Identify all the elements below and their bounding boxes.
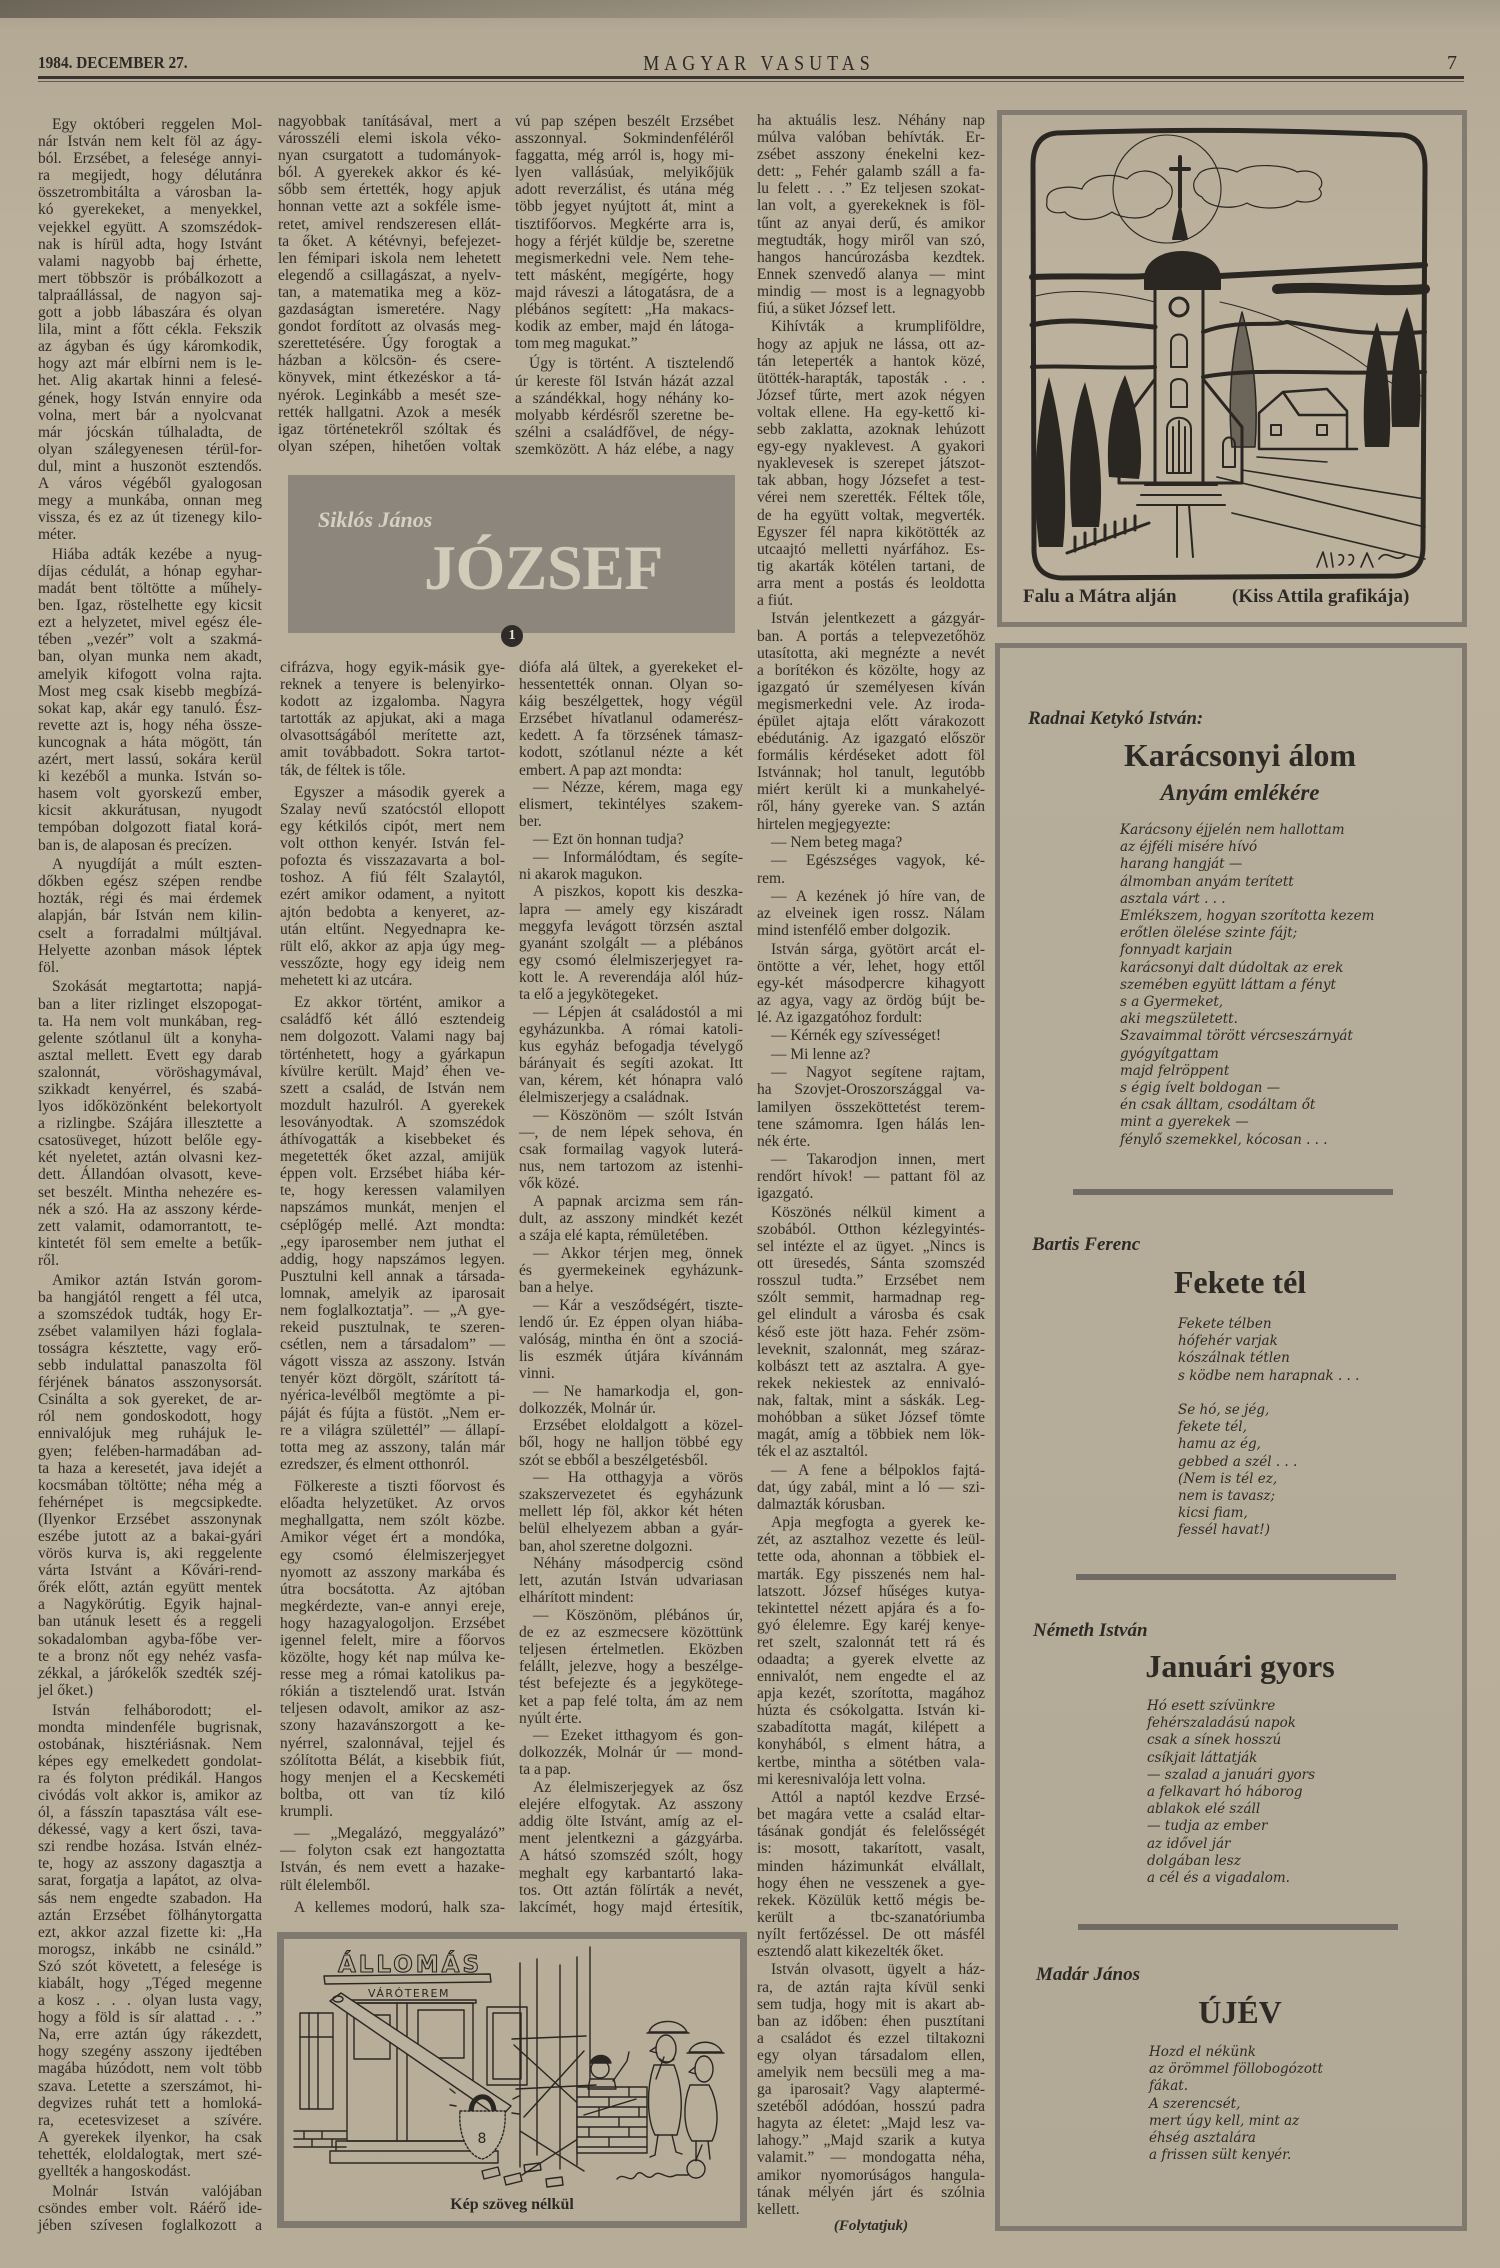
text-line: lila, mint a főtt cékla. Fekszik bbox=[38, 321, 262, 338]
text-line: gelente szótlanul ült a konyha- bbox=[38, 1030, 262, 1047]
text-line: hogy hazagyalogoljon. Erzsébet bbox=[280, 1615, 505, 1632]
text-line: szalonnát, vöröshagymával, bbox=[38, 1064, 262, 1081]
text-line: hessentették onnan. Olyan so- bbox=[519, 676, 743, 693]
text-line: ban a liter rizlinget elszopogat- bbox=[38, 996, 262, 1013]
text-line: lomnak, amelyik az iparosait bbox=[280, 1285, 505, 1302]
text-line: késő este jött haza. Fehér zsöm- bbox=[757, 1324, 985, 1341]
text-line: ket a pap felé tolta, ám az nem bbox=[519, 1693, 743, 1710]
text-line: eszébe jutott az a bakai-gyári bbox=[38, 1528, 262, 1545]
paragraph: Molnár István valójábancsöndes ember vol… bbox=[38, 2183, 262, 2234]
text-line: Egyszer fél napra kikötötték az bbox=[757, 524, 985, 541]
text-line: ta a pap. bbox=[519, 1761, 743, 1778]
poem-title: ÚJÉV bbox=[1040, 1993, 1440, 2031]
poem-line: gebbed a szél . . . bbox=[1178, 1454, 1359, 1471]
text-line: ezért amikor odament, a nyitott bbox=[280, 886, 505, 903]
text-line: megkérdezte, van-e annyi ereje, bbox=[280, 1598, 505, 1615]
text-line: ba hangjától rengett a fél utca, bbox=[38, 1289, 262, 1306]
text-line: Hiába adták kezébe a nyug- bbox=[38, 546, 262, 563]
text-line: leveknit, szalonnát, meg száraz- bbox=[757, 1341, 985, 1358]
text-line: — Nagyot segítene rajtam, bbox=[757, 1064, 985, 1081]
text-line: mehetett ki az utcára. bbox=[280, 972, 505, 989]
text-line: tisztifőorvos. Megkérte arra is, bbox=[515, 216, 734, 233]
text-line: ban is, de alaposan és precízen. bbox=[38, 837, 262, 854]
text-line: elismert, tekintélyes szakem- bbox=[519, 796, 743, 813]
text-line: lendő úr. Ez éppen olyan hiába- bbox=[519, 1314, 743, 1331]
text-line: vissza, és ez az út tizenegy kilo- bbox=[38, 509, 262, 526]
text-line: esztendő alatt kikezelték őket. bbox=[757, 1943, 985, 1960]
text-line: húzta és csókolgatta. István ki- bbox=[757, 1702, 985, 1719]
poem-text: Fekete télbenhófehér varjakkószálnak tét… bbox=[1178, 1316, 1359, 1540]
text-line: civódás volt akkor is, amikor az bbox=[38, 1787, 262, 1804]
text-line: tében „vezér” volt a szakmá- bbox=[38, 631, 262, 648]
text-line: gyanánt szolgált — a plébános bbox=[519, 935, 743, 952]
text-line: nem dolgozott. Valami nagy baj bbox=[280, 1028, 505, 1045]
text-line: dat, úgy zabál, mint a ló — szi- bbox=[757, 1479, 985, 1496]
text-line: ték el az asztaltól. bbox=[757, 1443, 985, 1460]
text-line: rókián a tisztelendő urat. István bbox=[280, 1683, 505, 1700]
text-line: — Kár a vesződségért, tiszte- bbox=[519, 1297, 743, 1314]
text-line: fiú, a süket József lett. bbox=[757, 300, 985, 317]
text-line: szólt semmit, harmadnap reg- bbox=[757, 1289, 985, 1306]
poem-line: fessél havat!) bbox=[1178, 1522, 1359, 1539]
text-line: ment jelentkezni a gázgyárba. bbox=[519, 1830, 743, 1847]
text-line: ha aktuális lesz. Néhány nap bbox=[757, 112, 985, 129]
text-line: Szokását megtartotta; napjá- bbox=[38, 978, 262, 995]
text-line: nár István nem kelt föl az ágy- bbox=[38, 133, 262, 150]
text-line: ha Szovjet-Oroszországgal va- bbox=[757, 1081, 985, 1098]
poem-line: az örömmel föllobogózott bbox=[1149, 2061, 1323, 2078]
text-line: közölte, hogy két nap múlva ke- bbox=[280, 1649, 505, 1666]
text-line: ban, olyan munka nem akadt, bbox=[38, 648, 262, 665]
text-line: addig, hogy napszámos legyen. bbox=[280, 1251, 505, 1268]
text-line: összetrombitálta a városban la- bbox=[38, 184, 262, 201]
text-line: gazdaságtan ismeretére. Nagy bbox=[278, 301, 501, 318]
paragraph: — Köszönöm, plébános úr,de ez az eszmecs… bbox=[519, 1607, 743, 1727]
paragraph: Szokását megtartotta; napjá-ban a liter … bbox=[38, 978, 262, 1269]
text-line: resse meg a római katolikus pa- bbox=[280, 1666, 505, 1683]
text-line: ta. Ha nem volt munkában, reg- bbox=[38, 1013, 262, 1030]
text-line: ta elő a jegykötegeket. bbox=[519, 986, 743, 1003]
text-line: tenyér közt dörgölt, szárított tá- bbox=[280, 1370, 505, 1387]
text-line: volna, mert bár a nyolcvanat bbox=[38, 407, 262, 424]
text-line: az ágyban és úgy káromkodik, bbox=[38, 338, 262, 355]
text-line: több jegyet nyújtott át, mint a bbox=[515, 198, 734, 215]
text-line: útra bocsátotta. Az ajtóban bbox=[280, 1581, 505, 1598]
text-line: nagyobbak tanításával, mert a bbox=[278, 113, 501, 130]
text-line: jében szívesen foglalkozott a bbox=[38, 2217, 262, 2234]
poem-title: Januári gyors bbox=[1040, 1647, 1440, 1685]
poem-line: mint a gyerekek — bbox=[1120, 1114, 1374, 1131]
poem-author: Radnai Ketykó István: bbox=[1028, 708, 1203, 730]
text-line: dult, az asszony mindkét kezét bbox=[519, 1210, 743, 1227]
text-line: kicsit akkurátusan, nyugodt bbox=[38, 802, 262, 819]
text-line: fehérnépet is megcsipkedte. bbox=[38, 1494, 262, 1511]
text-line: totta meg az asszony, talán már bbox=[280, 1439, 505, 1456]
text-line: tekintettel nézett apjára és a fo- bbox=[757, 1600, 985, 1617]
poem-line: hamu az ég, bbox=[1178, 1436, 1359, 1453]
text-line: szakszervezetet és egyházunk bbox=[519, 1486, 743, 1503]
text-line: meghallgatta, nem szólt közbe. bbox=[280, 1512, 505, 1529]
poem-author: Madár János bbox=[1036, 1964, 1140, 1986]
text-line: plébános segített: „Ha makacs- bbox=[515, 301, 734, 318]
text-line: Attól a naptól kezdve Erzsé- bbox=[757, 1789, 985, 1806]
text-line: ezt, akkor azzal fizette ki: „Ha bbox=[38, 1924, 262, 1941]
text-line: te a bronz nőt egy nehéz vasfa- bbox=[38, 1648, 262, 1665]
text-line: szabadította magát, kilépett a bbox=[757, 1719, 985, 1736]
text-line: gondot fordított az olvasás meg- bbox=[278, 318, 501, 335]
text-line: Fölkereste a tiszti főorvost és bbox=[280, 1478, 505, 1495]
poem-line: dolgában lesz bbox=[1147, 1853, 1315, 1870]
issue-date: 1984. DECEMBER 27. bbox=[38, 52, 188, 74]
poem-line: Hó esett szívünkre bbox=[1147, 1698, 1315, 1715]
text-line: revette azt is, hogy néha össze- bbox=[38, 717, 262, 734]
text-line: sebb zaklatta, azoknak lehúzott bbox=[757, 421, 985, 438]
text-line: kodott az izgalomba. Nagyra bbox=[280, 693, 505, 710]
text-line: éppen volt. Erzsébet hiába kér- bbox=[280, 1165, 505, 1182]
text-line: kott le. A reverendája alól húz- bbox=[519, 969, 743, 986]
text-line: is: mosott, takarított, vasalt, bbox=[757, 1840, 985, 1857]
text-line: jel őket.) bbox=[38, 1682, 262, 1699]
text-line: a szándékkal, hogy néhány ko- bbox=[515, 390, 734, 407]
text-line: len fémipari iskola nem lehetett bbox=[278, 250, 501, 267]
text-line: cselt a forradalmi múltjával. bbox=[38, 925, 262, 942]
text-line: Néhány másodpercig csönd bbox=[519, 1555, 743, 1572]
text-line: ból. A gyerekek akkor és ké- bbox=[278, 164, 501, 181]
text-line: gott a jobb lábaszára és olyan bbox=[38, 304, 262, 321]
paragraph: A piszkos, kopott kis deszka-lapra — ame… bbox=[519, 883, 743, 1003]
text-line: rosszul tudta.” Erzsébet nem bbox=[757, 1272, 985, 1289]
text-line: Szó szót követett, a felesége is bbox=[38, 1958, 262, 1975]
poem-line: a frissen sült kenyér. bbox=[1149, 2147, 1323, 2164]
text-line: dolkozzék, Molnár úr. bbox=[519, 1400, 743, 1417]
text-line: István jelentkezett a gázgyár- bbox=[757, 610, 985, 627]
text-line: lamilyen összeköttetést terem- bbox=[757, 1099, 985, 1116]
text-line: valóság, mintha én önt a szociá- bbox=[519, 1331, 743, 1348]
text-line: bet magára vette a család eltar- bbox=[757, 1806, 985, 1823]
text-line: Na, erre aztán úgy rákezdett, bbox=[38, 2026, 262, 2043]
poem-line: s a Gyermeket, bbox=[1120, 994, 1374, 1011]
paragraph: vú pap szépen beszélt Erzsébetasszonnyal… bbox=[515, 113, 734, 352]
text-line: hirtelen megjegyezte: bbox=[757, 816, 985, 833]
text-line: olyan szépen, hihetően voltak bbox=[278, 438, 501, 455]
text-line: ban utánuk lesett és a reggeli bbox=[38, 1613, 262, 1630]
scan-edge-shadow bbox=[0, 0, 1500, 18]
text-line: gyellték a hangoskodást. bbox=[38, 2163, 262, 2180]
text-line: — „Megalázó, meggyalázó” bbox=[280, 1825, 505, 1842]
poem-line: fekete tél, bbox=[1178, 1419, 1359, 1436]
text-line: az agya, vagy az ördög bújt be- bbox=[757, 992, 985, 1009]
text-line: őrék előtt, aztán együtt mentek bbox=[38, 1579, 262, 1596]
text-line: ra és folyton prédikál. Hangos bbox=[38, 1770, 262, 1787]
text-line: Az élelmiszerjegyek az ősz bbox=[519, 1779, 743, 1796]
text-line: két nyeletet, aztán olvasni kez- bbox=[38, 1149, 262, 1166]
text-line: A gyerekek ilyenkor, ha csak bbox=[38, 2129, 262, 2146]
text-line: ről. bbox=[38, 1252, 262, 1269]
paragraph: — Egészséges vagyok, ké-rem. bbox=[757, 852, 985, 886]
text-line: kiabált, hogy „Téged megenne bbox=[38, 1975, 262, 1992]
text-line: ról nem gondoskodott, hogy bbox=[38, 1408, 262, 1425]
text-line: szett a család, de István nem bbox=[280, 1080, 505, 1097]
text-line: tette oda, ahonnan a többiek el- bbox=[757, 1548, 985, 1565]
article-column-3-bottom: diófa alá ültek, a gyerekeket el-hessent… bbox=[519, 659, 743, 1916]
text-line: aztán Erzsébet fölhánytorgatta bbox=[38, 1907, 262, 1924]
text-line: csatosüveget, húzott belőle egy- bbox=[38, 1132, 262, 1149]
text-line: ki kezéből a munka. István so- bbox=[38, 768, 262, 785]
text-line: lu felett . . .” Ez teljesen szokat- bbox=[757, 180, 985, 197]
text-line: mindig — most is a legnagyobb bbox=[757, 283, 985, 300]
poem-line: — tudja az ember bbox=[1147, 1818, 1315, 1835]
text-line: nék a szó. Ha az asszony kérde- bbox=[38, 1201, 262, 1218]
text-line: asztal mellett. Evett egy darab bbox=[38, 1047, 262, 1064]
text-line: egy kétkilós cipót, mert nem bbox=[280, 818, 505, 835]
header-rule-thin bbox=[38, 81, 1464, 82]
poem-line: Szavaimmal törött vércseszárnyát bbox=[1120, 1028, 1374, 1045]
text-line: kuncognak a háta mögött, tán bbox=[38, 734, 262, 751]
text-line: ütötték-harapták, taposták . . . bbox=[757, 370, 985, 387]
poem-line: hófehér varjak bbox=[1178, 1333, 1359, 1350]
poem-line: aki megszületett. bbox=[1120, 1011, 1374, 1028]
text-line: nyan csurgatott a tudományok- bbox=[278, 147, 501, 164]
poem-line: én csak álltam, csodáltam őt bbox=[1120, 1097, 1374, 1114]
text-line: sel intézte el az ügyet. „Nincs is bbox=[757, 1238, 985, 1255]
text-line: mert többször is próbálkozott a bbox=[38, 270, 262, 287]
text-line: ott üresedés, Sánta szomszéd bbox=[757, 1255, 985, 1272]
text-line: rült élelemből. bbox=[280, 1877, 505, 1894]
text-line: — Kérnék egy szívességet! bbox=[757, 1027, 985, 1044]
paragraph: Hiába adták kezébe a nyug-díjas cédulát,… bbox=[38, 546, 262, 854]
text-line: belül elhelyezem abban a gyár- bbox=[519, 1520, 743, 1537]
text-line: molyabb kérdésről szeretne be- bbox=[515, 407, 734, 424]
poem-line: mert úgy kell, mint az bbox=[1149, 2113, 1323, 2130]
text-line: A város végéből gyalogosan bbox=[38, 475, 262, 492]
text-line: vejekkel együtt. A szomszédok- bbox=[38, 219, 262, 236]
text-line: napszámos munkát, menjen el bbox=[280, 1199, 505, 1216]
text-line: föl. bbox=[38, 959, 262, 976]
text-line: — Ezt ön honnan tudja? bbox=[519, 831, 743, 848]
text-line: — Mi lenne az? bbox=[757, 1046, 985, 1063]
text-line: kintetét föl sem emelte a betűk- bbox=[38, 1235, 262, 1252]
paragraph: A kellemes modorú, halk sza- bbox=[280, 1899, 505, 1916]
text-line: egy olyan társadalom ellen, bbox=[757, 2047, 985, 2064]
text-line: kedett. A fa törzsének támasz- bbox=[519, 727, 743, 744]
paragraph: Úgy is történt. A tisztelendőúr kereste … bbox=[515, 355, 734, 458]
text-line: tene számomra. Igen hálás len- bbox=[757, 1116, 985, 1133]
text-line: hogy éhen ne vesszenek a gye- bbox=[757, 1875, 985, 1892]
poem-line: álmomban anyám terített bbox=[1120, 874, 1374, 891]
text-line: sokadalomban agyba-főbe ver- bbox=[38, 1631, 262, 1648]
text-line: a szomszédok tudták, hogy Er- bbox=[38, 1306, 262, 1323]
text-line: honnan vette azt a sokféle isme- bbox=[278, 198, 501, 215]
poem-line: karácsonyi dalt dúdoltak az erek bbox=[1120, 960, 1374, 977]
text-line: zett valamit, odamorrantott, te- bbox=[38, 1218, 262, 1235]
poem-line: Hozd el nékünk bbox=[1149, 2044, 1323, 2061]
text-line: tig akarták kötélen tartani, de bbox=[757, 558, 985, 575]
text-line: A kellemes modorú, halk sza- bbox=[280, 1899, 505, 1916]
text-line: igennel felelt, mire a főorvos bbox=[280, 1632, 505, 1649]
text-line: a családot és ezzel tiltakozni bbox=[757, 2030, 985, 2047]
text-line: Ez akkor történt, amikor a bbox=[280, 994, 505, 1011]
text-line: nyérok. Leginkább a mesét sze- bbox=[278, 387, 501, 404]
text-line: — Ha otthagyja a vörös bbox=[519, 1469, 743, 1486]
text-line: lan volt, a gyerekeknek is föl- bbox=[757, 197, 985, 214]
text-line: odaadta; a gyerek elvette az bbox=[757, 1651, 985, 1668]
text-line: szerettetésére. Úgy forogtak a bbox=[278, 335, 501, 352]
text-line: sás nem engedte szabadon. Ha bbox=[38, 1890, 262, 1907]
paragraph: Erzsébet eloldalgott a közel-ből, hogy n… bbox=[519, 1417, 743, 1468]
poem-line: fénylő szemekkel, kócosan . . . bbox=[1120, 1132, 1374, 1149]
text-line: és gyermekeinek egyházunk- bbox=[519, 1262, 743, 1279]
text-line: reknek a tenyere is belenyirko- bbox=[280, 676, 505, 693]
text-line: öntötte a vér, lehet, hogy ettől bbox=[757, 958, 985, 975]
text-line: addig ölte Istvánt, amíg az el- bbox=[519, 1813, 743, 1830]
text-line: — Informálódtam, és segíte- bbox=[519, 849, 743, 866]
text-line: kocsmában töltötte; néha még a bbox=[38, 1477, 262, 1494]
text-line: kodott, szótlanul nézte a két bbox=[519, 744, 743, 761]
poem-line: erőtlen ölelése szinte fájt; bbox=[1120, 925, 1374, 942]
poem-line: csíkjait láttatják bbox=[1147, 1750, 1315, 1767]
text-line: nyúlt érte. bbox=[519, 1710, 743, 1727]
text-line: Istvánnak; hol tanult, legutóbb bbox=[757, 764, 985, 781]
text-line: rekeid pusztulnak, te szeren- bbox=[280, 1319, 505, 1336]
cartoon-caption: Kép szöveg nélkül bbox=[284, 2195, 740, 2215]
poem-separator bbox=[1073, 1189, 1393, 1195]
text-line: megtudták, hogy miről van szó, bbox=[757, 232, 985, 249]
text-line: ben. Igaz, röstelhette egy kicsit bbox=[38, 597, 262, 614]
text-line: csétlen, nem a társadalom” — bbox=[280, 1336, 505, 1353]
text-line: mind istenfélő ember dolgozik. bbox=[757, 922, 985, 939]
text-line: történhetett, hogy a gyárkapun bbox=[280, 1046, 505, 1063]
text-line: A nyugdíját a múlt eszten- bbox=[38, 856, 262, 873]
paragraph: Amikor aztán István gorom-ba hangjától r… bbox=[38, 1272, 262, 1699]
text-line: szólította Bélát, a kisebbik fiút, bbox=[280, 1752, 505, 1769]
text-line: dékessé, vagy a kert őszi, tava- bbox=[38, 1821, 262, 1838]
article-column-2-top: nagyobbak tanításával, mert avárosszéli … bbox=[278, 113, 501, 456]
text-line: set beszélt. Mintha nehezére es- bbox=[38, 1184, 262, 1201]
text-line: Csinálta a sok gyereket, de ar- bbox=[38, 1391, 262, 1408]
text-line: kodik az ember, majd én látoga- bbox=[515, 318, 734, 335]
text-line: Most meg csak kisebb megbízá- bbox=[38, 683, 262, 700]
text-line: tásának gondját és felelősségét bbox=[757, 1823, 985, 1840]
text-line: sebb indulattal panaszolta föl bbox=[38, 1357, 262, 1374]
illustration-caption-credit: (Kiss Attila grafikája) bbox=[1232, 586, 1409, 608]
text-line: István olvasott, ügyelt a ház- bbox=[757, 1961, 985, 1978]
text-line: egy csomó élelmiszerjegyet bbox=[280, 1547, 505, 1564]
text-line: tehették, eloldalogtak, mert szé- bbox=[38, 2146, 262, 2163]
text-line: alapján, bár István nem kilin- bbox=[38, 907, 262, 924]
text-line: kívülre került. Majd’ éhen ve- bbox=[280, 1063, 505, 1080]
text-line: ban. A portás a telepvezetőhöz bbox=[757, 628, 985, 645]
text-line: rették hallgatni. Azok a mesék bbox=[278, 404, 501, 421]
text-line: megismerkedni vele. Nem tehe- bbox=[515, 250, 734, 267]
text-line: Úgy is történt. A tisztelendő bbox=[515, 355, 734, 372]
text-line: dalmazták kórusban. bbox=[757, 1496, 985, 1513]
text-line: cséplőgép mellé. Azt mondta: bbox=[280, 1217, 505, 1234]
text-line: hangos hancúrozásba kezdtek. bbox=[757, 249, 985, 266]
text-line: gel elindult a városba és csak bbox=[757, 1306, 985, 1323]
text-line: dőkben egész szépen rendbe bbox=[38, 873, 262, 890]
text-line: megy a munkába, onnan meg bbox=[38, 492, 262, 509]
poem-text: Hó esett szívünkrefehérszaladású napokcs… bbox=[1147, 1698, 1315, 1887]
text-line: ra, de aztán rajta kívül senki bbox=[757, 1979, 985, 1996]
text-line: mi keresnivalója lett volna. bbox=[757, 1771, 985, 1788]
poem-line: kószálnak tétlen bbox=[1178, 1350, 1359, 1367]
text-line: István, és nem evett a hazake- bbox=[280, 1859, 505, 1876]
page-number: 7 bbox=[1440, 51, 1464, 75]
poem-title: Karácsonyi álom bbox=[1040, 736, 1440, 774]
paragraph: — Ha otthagyja a vörösszakszervezetet és… bbox=[519, 1469, 743, 1554]
text-line: apja kezét, szorította, magához bbox=[757, 1685, 985, 1702]
poem-stanza: Hó esett szívünkrefehérszaladású napokcs… bbox=[1147, 1698, 1315, 1887]
text-line: toshoz. A fiú félt Szalaytól, bbox=[280, 869, 505, 886]
text-line: lakcímét, hogy majd értesítik, bbox=[519, 1899, 743, 1916]
paragraph: István sárga, gyötört arcát el-öntötte a… bbox=[757, 941, 985, 1026]
paragraph: Attól a naptól kezdve Erzsé-bet magára v… bbox=[757, 1789, 985, 1960]
paragraph: — Nagyot segítene rajtam,ha Szovjet-Oros… bbox=[757, 1064, 985, 1149]
text-line: lis eszmék útjára kívánnám bbox=[519, 1348, 743, 1365]
padlock-number: 8 bbox=[478, 2131, 487, 2147]
poem-author: Németh István bbox=[1033, 1620, 1148, 1642]
text-line: — Köszönöm — szólt István bbox=[519, 1107, 743, 1124]
text-line: szony hazavánszorgott a ke- bbox=[280, 1717, 505, 1734]
text-line: sem tudja, hogy mit is akart ab- bbox=[757, 1996, 985, 2013]
text-line: nak is hírül adta, hogy Istvánt bbox=[38, 236, 262, 253]
text-line: volt otthon kenyér. István fel- bbox=[280, 835, 505, 852]
text-line: zékkal, a járókelők szedték széj- bbox=[38, 1665, 262, 1682]
text-line: előadta helyzetüket. Az orvos bbox=[280, 1495, 505, 1512]
text-line: amelyik kifogott volna rajta. bbox=[38, 666, 262, 683]
text-line: gyen; felében-harmadában ad- bbox=[38, 1443, 262, 1460]
text-line: került a tbc-szanatóriumba bbox=[757, 1909, 985, 1926]
paragraph: — Informálódtam, és segíte-ni akarok mag… bbox=[519, 849, 743, 883]
text-line: utcaajtó melletti nyárfához. Es- bbox=[757, 541, 985, 558]
text-line: elhárított mindent: bbox=[519, 1589, 743, 1606]
paragraph: — Ezeket itthagyom és gon-dolkozzék, Mol… bbox=[519, 1727, 743, 1778]
text-line: várta Istvánt a Kővári-rend- bbox=[38, 1562, 262, 1579]
text-line: hogy a férjét küldje be, szeretne bbox=[515, 233, 734, 250]
text-line: szetéből adódóan, hosszú padra bbox=[757, 2098, 985, 2115]
text-line: ban, ahol szeretne dolgozni. bbox=[519, 1538, 743, 1555]
text-line: krumpli. bbox=[280, 1803, 505, 1820]
text-line: utasította, aki megnézte a nevét bbox=[757, 645, 985, 662]
text-line: a Nagykörútig. Egyik hajnal- bbox=[38, 1596, 262, 1613]
poem-line: gyógyítgattam bbox=[1120, 1046, 1374, 1063]
text-line: dett. Állandóan olvasott, keve- bbox=[38, 1166, 262, 1183]
text-line: vinni. bbox=[519, 1365, 743, 1382]
text-line: sarat, forgatja a lapátot, az olva- bbox=[38, 1872, 262, 1889]
text-line: boltba, ott van tíz kiló bbox=[280, 1786, 505, 1803]
text-line: de ha együtt voltak, megverték. bbox=[757, 507, 985, 524]
text-line: ták, de féltek is tőle. bbox=[280, 762, 505, 779]
text-line: te, hogy keressen valamilyen bbox=[280, 1182, 505, 1199]
text-line: pofozta és visszazavarta a bol- bbox=[280, 852, 505, 869]
text-line: voltak ellene. Ha egy-kettő ki- bbox=[757, 404, 985, 421]
text-line: — Takarodjon innen, mert bbox=[757, 1151, 985, 1168]
poem-line: harang hangját — bbox=[1120, 856, 1374, 873]
text-line: tűnt az anyai derű, és amikor bbox=[757, 215, 985, 232]
text-line: magába húzódott, nem volt több bbox=[38, 2060, 262, 2077]
text-line: tos. Ott aztán fölírták a nevét, bbox=[519, 1882, 743, 1899]
text-line: a fiút. bbox=[757, 592, 985, 609]
text-line: a szája elé kapta, rémületében. bbox=[519, 1227, 743, 1244]
waiting-room-sign-text: VÁRÓTEREM bbox=[368, 1987, 450, 2000]
poem-line: csak a sínek hosszú bbox=[1147, 1732, 1315, 1749]
text-line: — Ne hamarkodja el, gon- bbox=[519, 1383, 743, 1400]
text-line: ól, a fásszín tapasztása vált ese- bbox=[38, 1804, 262, 1821]
text-line: nyaklevesek is szerepet játszot- bbox=[757, 455, 985, 472]
text-line: gyó élelemre. Egy karéj kenye- bbox=[757, 1617, 985, 1634]
text-line: rendőrt hívok! — pattant föl az bbox=[757, 1168, 985, 1185]
text-line: igazgató úr személyesen kíván bbox=[757, 679, 985, 696]
